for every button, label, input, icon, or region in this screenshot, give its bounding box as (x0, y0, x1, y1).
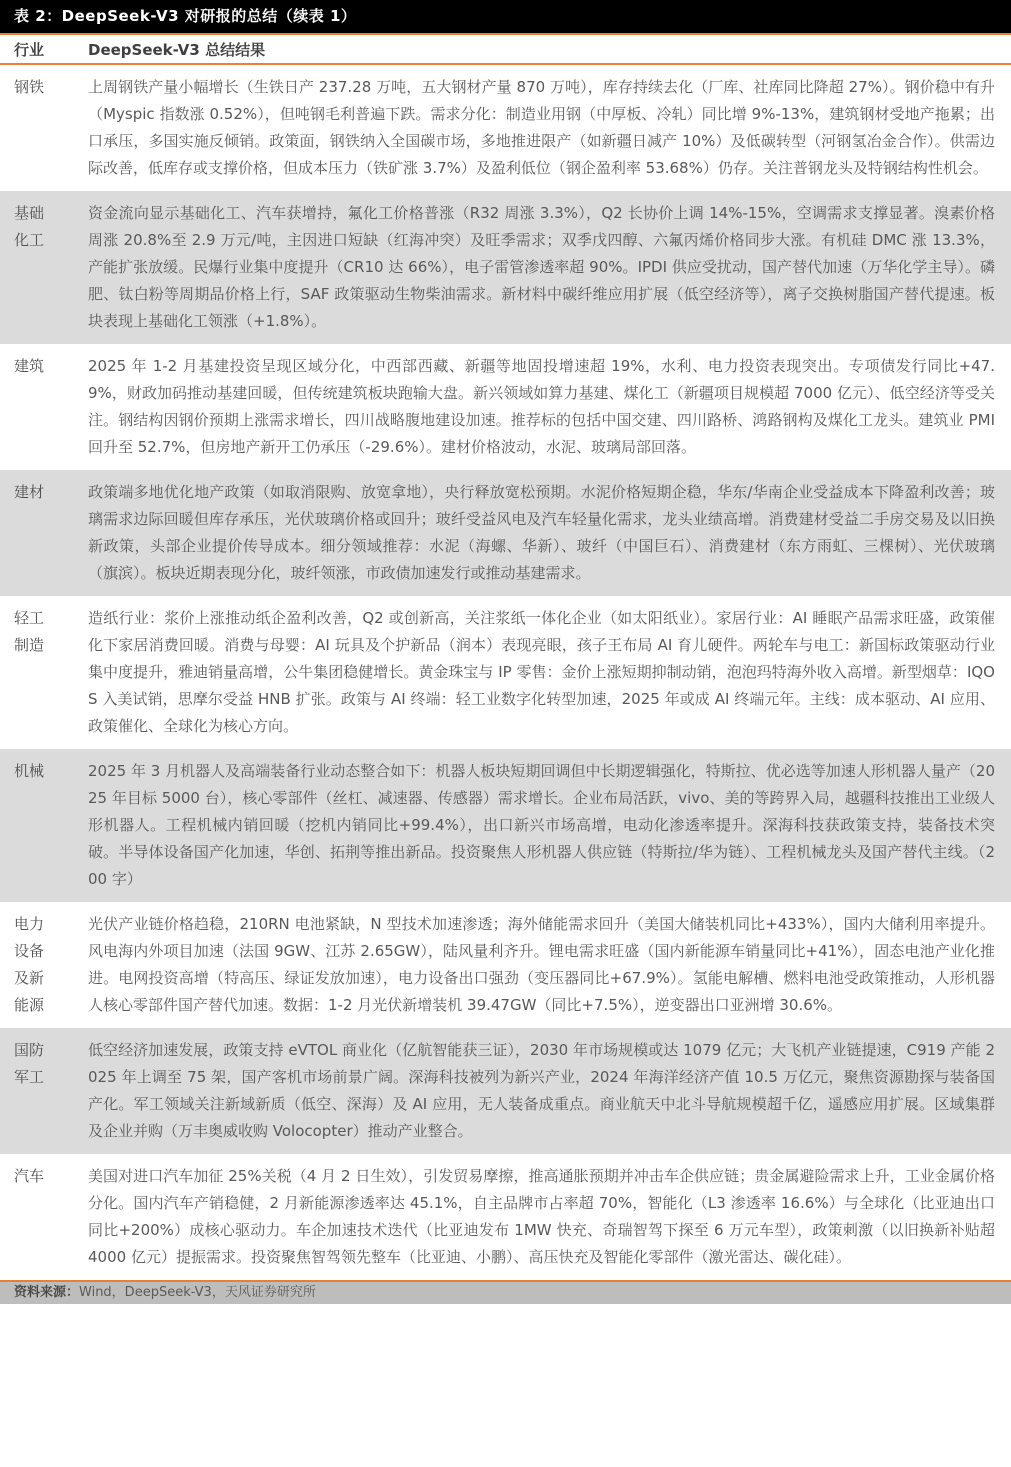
table-title: 表 2：DeepSeek-V3 对研报的总结（续表 1） (0, 0, 1011, 33)
research-summary-table: 表 2：DeepSeek-V3 对研报的总结（续表 1） 行业 DeepSeek… (0, 0, 1011, 1304)
table-row: 钢铁 上周钢铁产量小幅增长（生铁日产 237.28 万吨，五大钢材产量 870 … (0, 65, 1011, 191)
table-row: 建筑 2025 年 1-2 月基建投资呈现区域分化，中西部西藏、新疆等地固投增速… (0, 344, 1011, 470)
column-header-industry: 行业 (14, 39, 56, 60)
industry-cell: 国防军工 (14, 1037, 56, 1145)
table-body: 钢铁 上周钢铁产量小幅增长（生铁日产 237.28 万吨，五大钢材产量 870 … (0, 65, 1011, 1280)
summary-cell: 光伏产业链价格趋稳，210RN 电池紧缺，N 型技术加速渗透；海外储能需求回升（… (88, 911, 1011, 1019)
industry-cell: 建材 (14, 479, 56, 587)
source-label: 资料来源： (14, 1285, 79, 1300)
industry-cell: 轻工制造 (14, 605, 56, 740)
table-header-row: 行业 DeepSeek-V3 总结结果 (0, 35, 1011, 63)
summary-cell: 2025 年 1-2 月基建投资呈现区域分化，中西部西藏、新疆等地固投增速超 1… (88, 353, 1011, 461)
summary-cell: 造纸行业：浆价上涨推动纸企盈利改善，Q2 或创新高，关注浆纸一体化企业（如太阳纸… (88, 605, 1011, 740)
industry-cell: 建筑 (14, 353, 56, 461)
table-row: 轻工制造 造纸行业：浆价上涨推动纸企盈利改善，Q2 或创新高，关注浆纸一体化企业… (0, 596, 1011, 749)
summary-cell: 2025 年 3 月机器人及高端装备行业动态整合如下：机器人板块短期回调但中长期… (88, 758, 1011, 893)
industry-cell: 汽车 (14, 1163, 56, 1271)
industry-cell: 电力设备及新能源 (14, 911, 56, 1019)
source-note: 资料来源：Wind，DeepSeek-V3，天风证券研究所 (0, 1282, 1011, 1304)
summary-cell: 资金流向显示基础化工、汽车获增持，氟化工价格普涨（R32 周涨 3.3%），Q2… (88, 200, 1011, 335)
table-row: 电力设备及新能源 光伏产业链价格趋稳，210RN 电池紧缺，N 型技术加速渗透；… (0, 902, 1011, 1028)
source-text: Wind，DeepSeek-V3，天风证券研究所 (79, 1285, 316, 1300)
table-row: 国防军工 低空经济加速发展，政策支持 eVTOL 商业化（亿航智能获三证），20… (0, 1028, 1011, 1154)
summary-cell: 低空经济加速发展，政策支持 eVTOL 商业化（亿航智能获三证），2030 年市… (88, 1037, 1011, 1145)
column-header-summary: DeepSeek-V3 总结结果 (88, 39, 1011, 60)
industry-cell: 基础化工 (14, 200, 56, 335)
industry-cell: 钢铁 (14, 74, 56, 182)
summary-cell: 上周钢铁产量小幅增长（生铁日产 237.28 万吨，五大钢材产量 870 万吨）… (88, 74, 1011, 182)
summary-cell: 政策端多地优化地产政策（如取消限购、放宽拿地），央行释放宽松预期。水泥价格短期企… (88, 479, 1011, 587)
table-row: 基础化工 资金流向显示基础化工、汽车获增持，氟化工价格普涨（R32 周涨 3.3… (0, 191, 1011, 344)
industry-cell: 机械 (14, 758, 56, 893)
table-row: 机械 2025 年 3 月机器人及高端装备行业动态整合如下：机器人板块短期回调但… (0, 749, 1011, 902)
table-row: 汽车 美国对进口汽车加征 25%关税（4 月 2 日生效），引发贸易摩擦，推高通… (0, 1154, 1011, 1280)
table-row: 建材 政策端多地优化地产政策（如取消限购、放宽拿地），央行释放宽松预期。水泥价格… (0, 470, 1011, 596)
summary-cell: 美国对进口汽车加征 25%关税（4 月 2 日生效），引发贸易摩擦，推高通胀预期… (88, 1163, 1011, 1271)
